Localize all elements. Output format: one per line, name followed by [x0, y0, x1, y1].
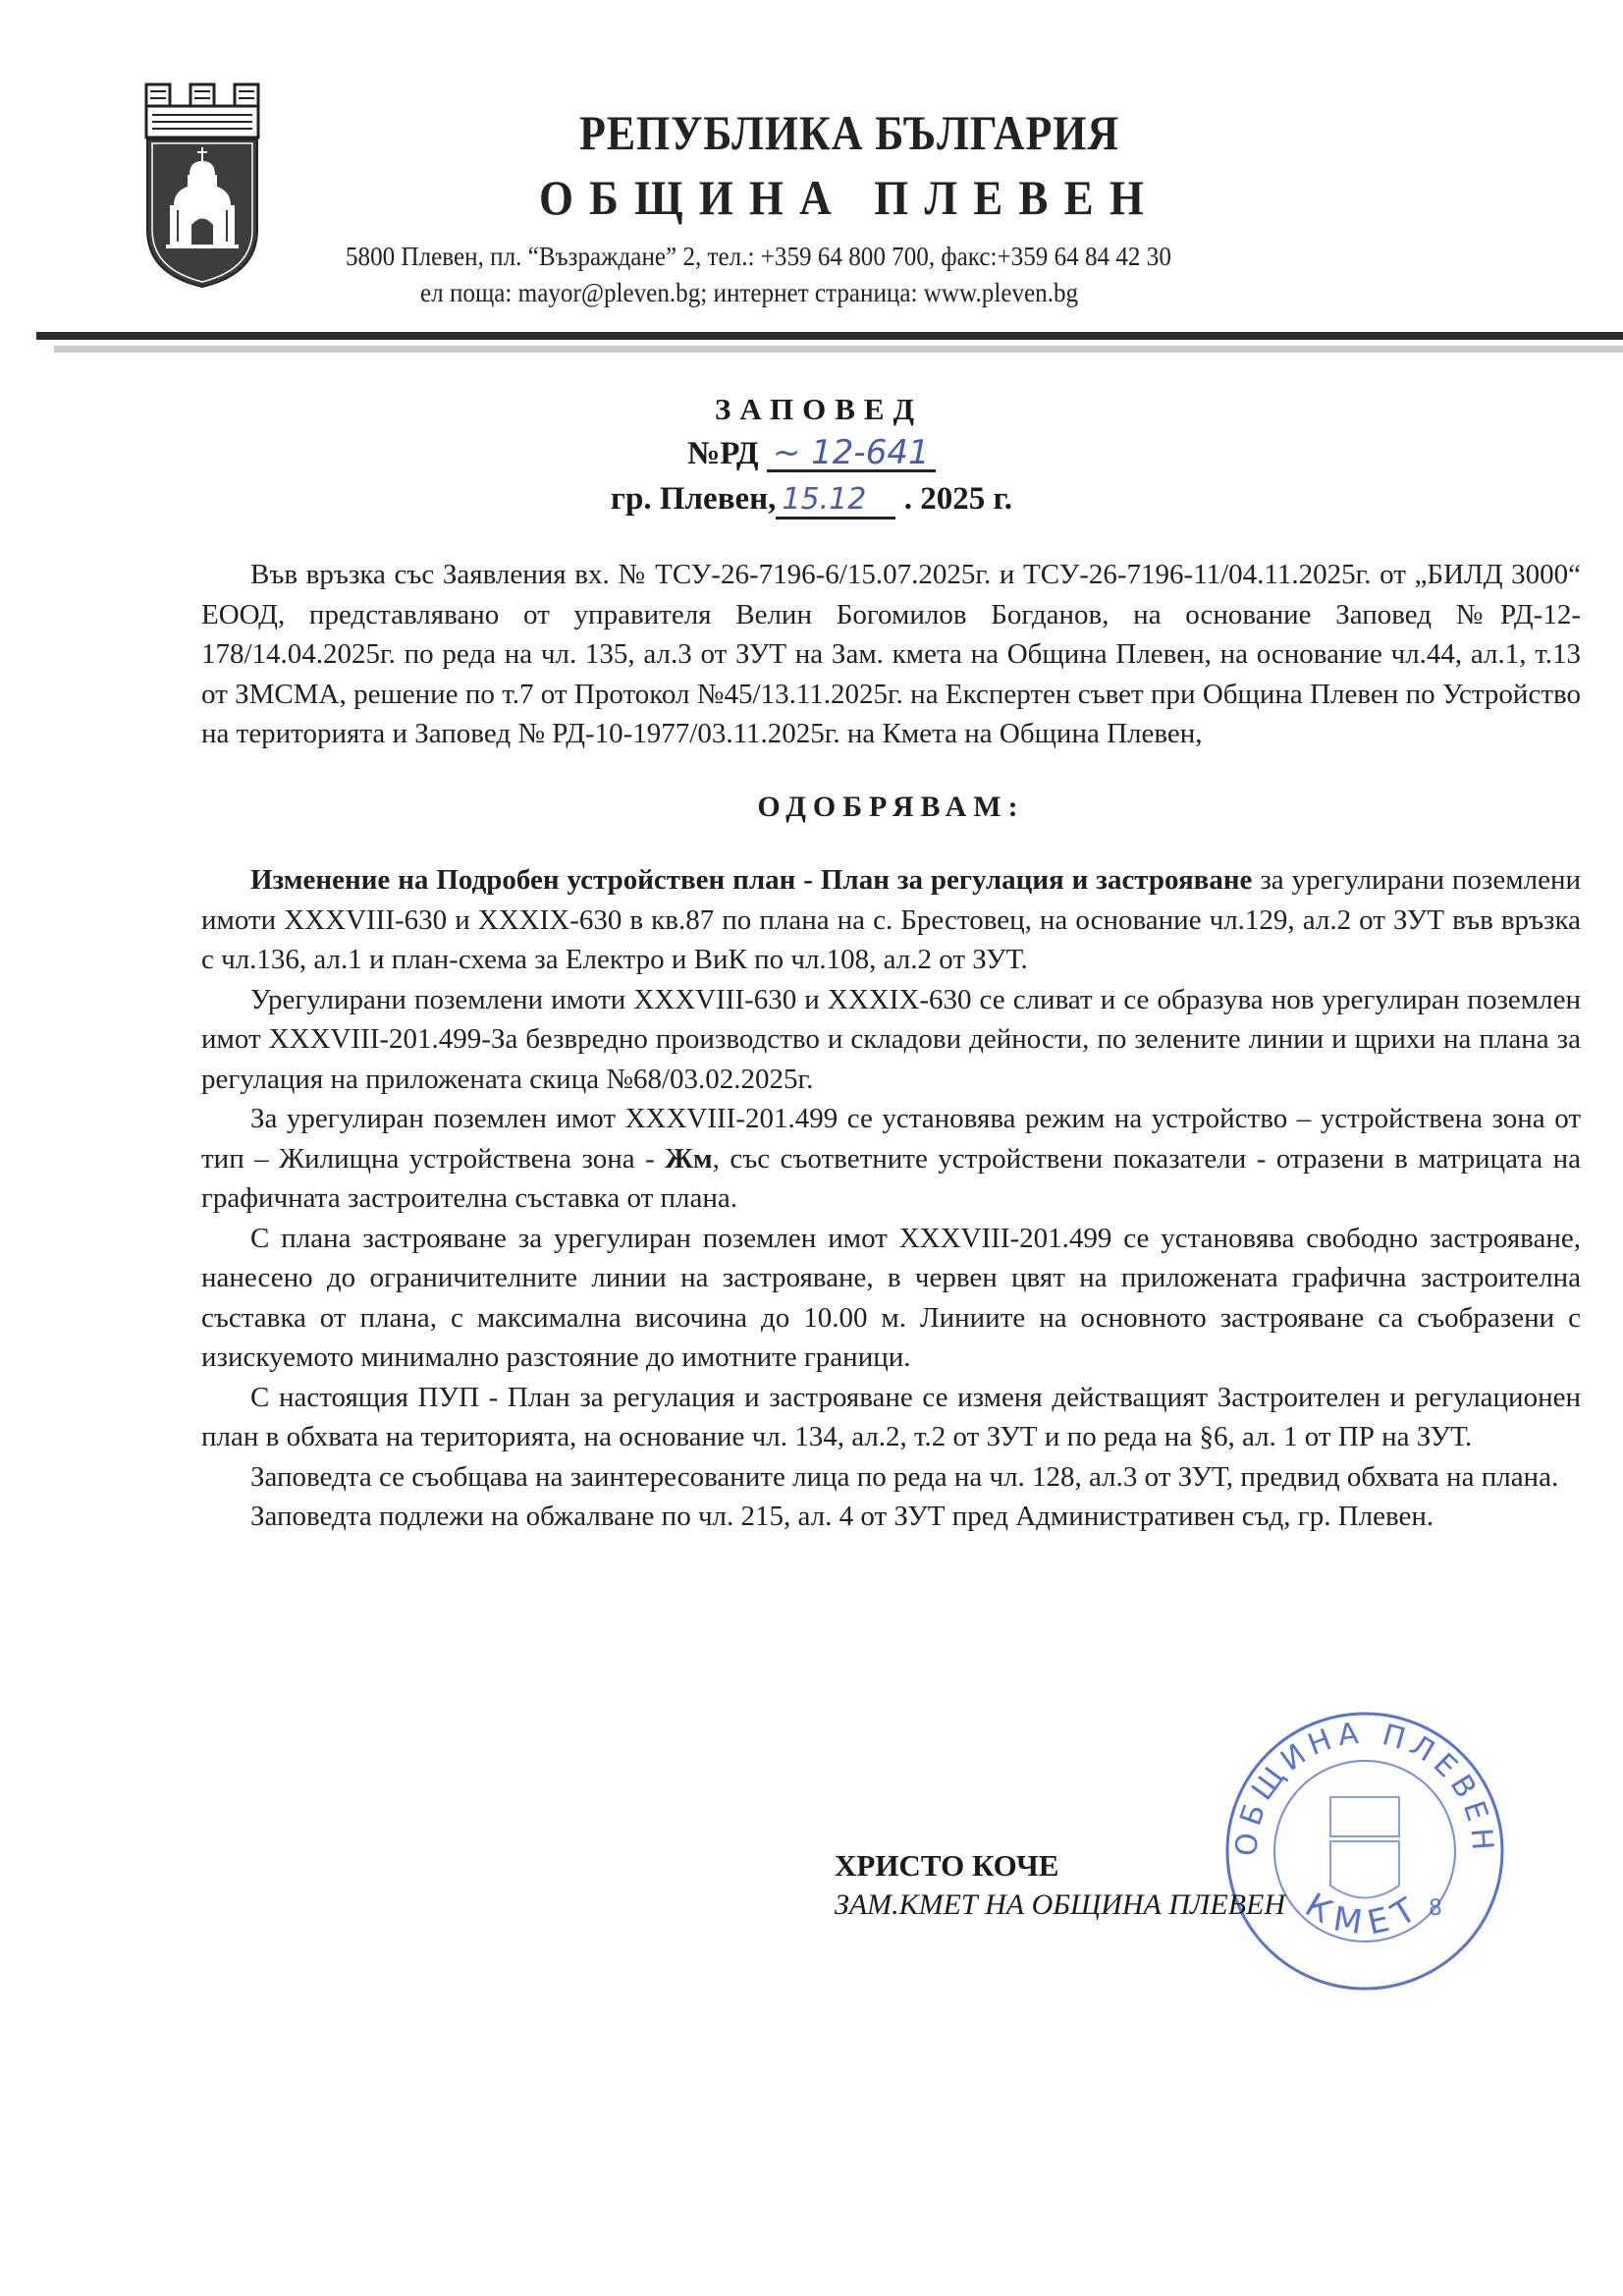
- header-divider: [36, 332, 1623, 340]
- paragraph-5: С настоящия ПУП - План за регулация и за…: [201, 1378, 1581, 1457]
- order-body: Във връзка със Заявления вх. № ТСУ-26-71…: [201, 555, 1581, 1537]
- paragraph-6: Заповедта се съобщава на заинтересованит…: [201, 1457, 1581, 1498]
- country-title: РЕПУБЛИКА БЪЛГАРИЯ: [396, 103, 1303, 162]
- signature-block: ХРИСТО КОЧЕ ЗАМ.КМЕТ НА ОБЩИНА ПЛЕВЕН: [835, 1846, 1285, 1925]
- paragraph-1: Изменение на Подробен устройствен план -…: [201, 860, 1581, 980]
- zone-code: Жм: [665, 1143, 712, 1175]
- paragraph-2: Урегулирани поземлени имоти XXXVIII-630 …: [201, 980, 1581, 1100]
- letterhead-title: РЕПУБЛИКА БЪЛГАРИЯ ОБЩИНА ПЛЕВЕН: [334, 103, 1365, 229]
- year-suffix: . 2025 г.: [904, 481, 1012, 517]
- address-line: 5800 Плевен, пл. “Възраждане” 2, тел.: +…: [346, 242, 1171, 272]
- municipality-title: ОБЩИНА ПЛЕВЕН: [386, 166, 1314, 229]
- pleven-coat-of-arms-icon: [144, 82, 260, 289]
- place-prefix: гр. Плевен,: [611, 481, 776, 517]
- order-place-date: гр. Плевен,15.12 . 2025 г.: [0, 476, 1623, 521]
- handwritten-date: 15.12: [776, 483, 895, 519]
- order-number: №РД ~ 12-641: [0, 431, 1623, 476]
- order-number-prefix: №РД: [687, 436, 759, 471]
- svg-text:КМЕТ: КМЕТ: [1298, 1886, 1431, 1943]
- paragraph-1-bold: Изменение на Подробен устройствен план -…: [250, 864, 1252, 896]
- paragraph-3: За урегулиран поземлен имот XXXVIII-201.…: [201, 1099, 1581, 1219]
- preamble-paragraph: Във връзка със Заявления вх. № ТСУ-26-71…: [201, 555, 1581, 754]
- paragraph-7: Заповедта подлежи на обжалване по чл. 21…: [201, 1497, 1581, 1537]
- approve-heading: ОДОБРЯВАМ:: [201, 788, 1581, 828]
- paragraph-4: С плана застрояване за урегулиран поземл…: [201, 1219, 1581, 1378]
- contact-line: ел поща: mayor@pleven.bg; интернет стран…: [420, 278, 1078, 308]
- order-title: ЗАПОВЕД: [15, 388, 1623, 431]
- svg-text:8: 8: [1429, 1896, 1442, 1921]
- signatory-role: ЗАМ.КМЕТ НА ОБЩИНА ПЛЕВЕН: [835, 1886, 1285, 1925]
- handwritten-order-number: ~ 12-641: [767, 436, 936, 472]
- order-heading: ЗАПОВЕД №РД ~ 12-641 гр. Плевен,15.12 . …: [0, 388, 1623, 521]
- signatory-name: ХРИСТО КОЧЕ: [835, 1846, 1285, 1886]
- header-divider-secondary: [54, 346, 1623, 353]
